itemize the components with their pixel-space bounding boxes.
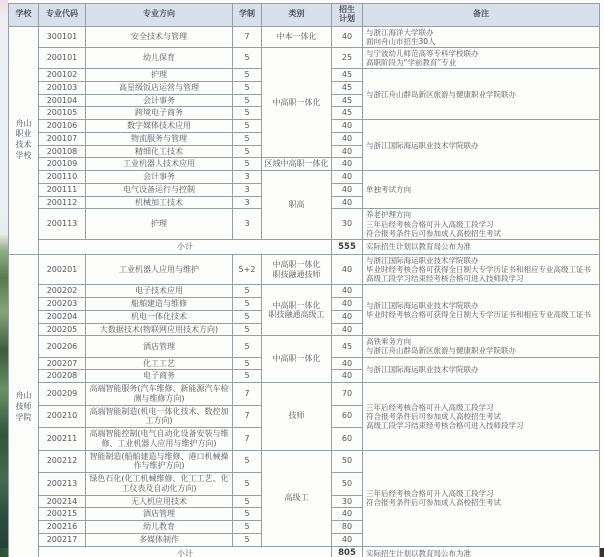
cell-code: 200212 (39, 450, 86, 473)
cell-plan: 40 (332, 120, 363, 133)
col-header-plan: 招生 计划 (332, 4, 363, 27)
cell-major: 会计事务 (86, 171, 233, 184)
col-header-category: 类别 (262, 4, 332, 27)
cell-plan: 40 (332, 310, 363, 323)
cell-years: 5 (233, 370, 262, 383)
cell-plan: 45 (332, 336, 363, 357)
cell-code: 200215 (39, 508, 86, 521)
cell-years: 5 (233, 473, 262, 496)
cell-years: 5 (233, 94, 262, 107)
cell-plan: 60 (332, 405, 363, 428)
school-name-cell: 舟山技师学院 (9, 254, 39, 557)
cell-years: 5 (233, 310, 262, 323)
cell-years: 7 (233, 428, 262, 451)
cell-years: 3 (233, 209, 262, 239)
cell-remark: 高铁乘务方向 与浙江舟山群岛新区旅游与健康职业学院联办 (363, 336, 600, 357)
cell-plan: 45 (332, 94, 363, 107)
cell-years: 5 (233, 357, 262, 370)
cell-plan: 45 (332, 69, 363, 82)
header-row: 学校 专业代码 专业方向 学制 类别 招生 计划 备注 (9, 4, 600, 27)
cell-category: 中高职一体化 (262, 47, 332, 158)
cell-plan: 50 (332, 473, 363, 496)
cell-remark: 与浙江国际海运职业技术学院联办 (363, 357, 600, 383)
cell-code: 200208 (39, 370, 86, 383)
col-header-school: 学校 (9, 4, 39, 27)
cell-remark: 与浙江国际海运职业技术学院联办 毕业时经考核合格可获得全日制大专学历证书和相应专… (363, 285, 600, 336)
cell-years: 5 (233, 81, 262, 94)
cell-code: 200101 (39, 47, 86, 68)
page: 学校 专业代码 专业方向 学制 类别 招生 计划 备注 舟山职业技术学校3001… (0, 0, 604, 557)
cell-code: 200202 (39, 285, 86, 298)
cell-major: 跨境电子商务 (86, 107, 233, 120)
cell-major: 绿色石化(化工机械维修、化工工艺、化工仪表及自动化方向) (86, 473, 233, 496)
cell-remark: 与浙江国际海运职业技术学院联办 (363, 120, 600, 171)
cell-major: 高端智能服务(汽车维修、新能源汽车检测与维修方向) (86, 383, 233, 406)
cell-code: 200110 (39, 171, 86, 184)
table-row: 200209高端智能服务(汽车维修、新能源汽车检测与维修方向)7技师70三年后经… (9, 383, 600, 406)
cell-years: 5 (233, 158, 262, 171)
cell-years: 7 (233, 383, 262, 406)
cell-major: 酒店管理 (86, 508, 233, 521)
cell-remark: 三年后经考核合格可升入高级工段学习 符合报考条件后可参加成人高校招生考试 高级工… (363, 383, 600, 451)
cell-major: 幼儿保育 (86, 47, 233, 68)
cell-years: 7 (233, 26, 262, 47)
cell-code: 200209 (39, 383, 86, 406)
cell-category: 中高职一体化 职技融通高级工 (262, 285, 332, 336)
cell-plan: 30 (332, 495, 363, 508)
cell-code: 200107 (39, 132, 86, 145)
cell-plan: 40 (332, 357, 363, 370)
cell-category: 中本一体化 (262, 26, 332, 47)
cell-major: 机械加工技术 (86, 196, 233, 209)
table-row: 舟山技师学院200201工业机器人应用与维护5+2中高职一体化 职技融通技师40… (9, 254, 600, 284)
cell-years: 3 (233, 196, 262, 209)
cell-code: 200106 (39, 120, 86, 133)
cell-major: 智能制造(船舶建造与维修、港口机械操作与维护方向) (86, 450, 233, 473)
cell-major: 电气设备运行与控制 (86, 183, 233, 196)
cell-years: 7 (233, 405, 262, 428)
table-row: 200202电子技术应用5中高职一体化 职技融通高级工40与浙江国际海运职业技术… (9, 285, 600, 298)
cell-code: 200217 (39, 533, 86, 546)
table-row: 200206酒店管理5中高职一体化45高铁乘务方向 与浙江舟山群岛新区旅游与健康… (9, 336, 600, 357)
cell-major: 电子技术应用 (86, 285, 233, 298)
cell-remark: 与浙江海洋大学联办 面向舟山市招生30人 (363, 26, 600, 47)
subtotal-note-cell: 实际招生计划以教育局公布为准 (363, 239, 600, 254)
admission-plan-table: 学校 专业代码 专业方向 学制 类别 招生 计划 备注 舟山职业技术学校3001… (8, 3, 600, 557)
subtotal-label-cell: 小计 (39, 546, 332, 557)
table-body: 舟山职业技术学校300101安全技术与管理7中本一体化40与浙江海洋大学联办 面… (9, 26, 600, 557)
cell-major: 幼儿教育 (86, 521, 233, 534)
cell-plan: 45 (332, 81, 363, 94)
cell-major: 护理 (86, 209, 233, 239)
cell-years: 3 (233, 183, 262, 196)
cell-code: 200214 (39, 495, 86, 508)
school-name-cell: 舟山职业技术学校 (9, 26, 39, 254)
cell-remark: 养老护理方向 三年后经考核合格可升入高级工段学习 符合报考条件后可参加成人高校招… (363, 209, 600, 239)
table-row: 200212智能制造(船舶建造与维修、港口机械操作与维护方向)5高级工50三年后… (9, 450, 600, 473)
cell-plan: 40 (332, 370, 363, 383)
cell-code: 200109 (39, 158, 86, 171)
subtotal-label-cell: 小计 (39, 239, 332, 254)
cell-major: 无人机应用技术 (86, 495, 233, 508)
cell-years: 3 (233, 171, 262, 184)
cell-years: 5 (233, 533, 262, 546)
cell-code: 200105 (39, 107, 86, 120)
cell-plan: 40 (332, 196, 363, 209)
cell-major: 护理 (86, 69, 233, 82)
col-header-years: 学制 (233, 4, 262, 27)
subtotal-value-cell: 805 (332, 546, 363, 557)
cell-plan: 40 (332, 533, 363, 546)
cell-code: 200213 (39, 473, 86, 496)
cell-major: 船舶建造与维修 (86, 298, 233, 311)
cell-remark: 与宁波幼儿师范高等专科学校联办 高职阶段为“学前教育”专业 (363, 47, 600, 68)
cell-plan: 40 (332, 26, 363, 47)
cell-major: 高端智能制造(机电一体化技术、数控加工方向) (86, 405, 233, 428)
cell-plan: 40 (332, 298, 363, 311)
cell-plan: 40 (332, 323, 363, 336)
cell-years: 5 (233, 145, 262, 158)
cell-code: 200201 (39, 254, 86, 284)
cell-years: 5 (233, 132, 262, 145)
subtotal-row: 小计555实际招生计划以教育局公布为准 (9, 239, 600, 254)
cell-category: 职高 (262, 171, 332, 240)
cell-years: 5 (233, 508, 262, 521)
cell-category: 区域中高职一体化 (262, 158, 332, 171)
subtotal-value-cell: 555 (332, 239, 363, 254)
cell-remark: 单独考试方向 (363, 171, 600, 209)
cell-code: 200207 (39, 357, 86, 370)
cell-major: 工业机器人应用与维护 (86, 254, 233, 284)
cell-plan: 70 (332, 383, 363, 406)
cell-code: 200111 (39, 183, 86, 196)
cell-major: 数字媒体技术应用 (86, 120, 233, 133)
cell-years: 5 (233, 47, 262, 68)
cell-plan: 40 (332, 285, 363, 298)
cell-remark: 与浙江舟山群岛新区旅游与健康职业学院联办 (363, 69, 600, 120)
cell-major: 工业机器人技术应用 (86, 158, 233, 171)
cell-major: 电子商务 (86, 370, 233, 383)
cell-years: 5 (233, 336, 262, 357)
cell-code: 200205 (39, 323, 86, 336)
cell-years: 5 (233, 450, 262, 473)
cell-major: 酒店管理 (86, 336, 233, 357)
cell-major: 物流服务与管理 (86, 132, 233, 145)
cell-plan: 80 (332, 521, 363, 534)
cell-plan: 45 (332, 107, 363, 120)
table-row: 200101幼儿保育5中高职一体化25与宁波幼儿师范高等专科学校联办 高职阶段为… (9, 47, 600, 68)
cell-plan: 60 (332, 428, 363, 451)
cell-plan: 30 (332, 209, 363, 239)
cell-code: 200112 (39, 196, 86, 209)
cell-plan: 40 (332, 158, 363, 171)
subtotal-row: 小计805实际招生计划以教育局公布为准 (9, 546, 600, 557)
cell-major: 高星级饭店运营与管理 (86, 81, 233, 94)
cell-code: 200104 (39, 94, 86, 107)
cell-years: 5+2 (233, 254, 262, 284)
cell-code: 200113 (39, 209, 86, 239)
col-header-remark: 备注 (363, 4, 600, 27)
cell-code: 200203 (39, 298, 86, 311)
cell-major: 安全技术与管理 (86, 26, 233, 47)
cell-code: 200216 (39, 521, 86, 534)
cell-plan: 40 (332, 132, 363, 145)
cell-code: 200102 (39, 69, 86, 82)
cell-major: 化工工艺 (86, 357, 233, 370)
cell-plan: 25 (332, 47, 363, 68)
cell-code: 200206 (39, 336, 86, 357)
cell-plan: 40 (332, 183, 363, 196)
cell-years: 5 (233, 69, 262, 82)
cell-years: 5 (233, 521, 262, 534)
cell-major: 高端智能控制(电气自动化设备安装与维修、工业机器人应用与维护方向) (86, 428, 233, 451)
cell-major: 多媒体制作 (86, 533, 233, 546)
cell-code: 200211 (39, 428, 86, 451)
cell-years: 5 (233, 285, 262, 298)
table-row: 舟山职业技术学校300101安全技术与管理7中本一体化40与浙江海洋大学联办 面… (9, 26, 600, 47)
cell-major: 大数据技术(物联网应用技术方向) (86, 323, 233, 336)
cell-code: 200210 (39, 405, 86, 428)
cell-category: 高级工 (262, 450, 332, 546)
cell-major: 机电一体化技术 (86, 310, 233, 323)
cell-plan: 40 (332, 254, 363, 284)
cell-code: 200103 (39, 81, 86, 94)
cell-category: 中高职一体化 (262, 336, 332, 383)
cell-code: 200108 (39, 145, 86, 158)
cell-major: 会计事务 (86, 94, 233, 107)
cell-years: 5 (233, 298, 262, 311)
background-photo-left-strip (0, 0, 8, 557)
cell-years: 5 (233, 107, 262, 120)
cell-remark: 三年后经考核合格可升入高级工段学习 符合报考条件后可参加成人高校招生考试 (363, 450, 600, 546)
subtotal-note-cell: 实际招生计划以教育局公布为准 (363, 546, 600, 557)
cell-plan: 40 (332, 145, 363, 158)
cell-years: 5 (233, 323, 262, 336)
cell-years: 5 (233, 495, 262, 508)
cell-code: 200204 (39, 310, 86, 323)
col-header-code: 专业代码 (39, 4, 86, 27)
cell-category: 技师 (262, 383, 332, 451)
cell-plan: 40 (332, 171, 363, 184)
table-row: 200110会计事务3职高40单独考试方向 (9, 171, 600, 184)
cell-plan: 40 (332, 508, 363, 521)
cell-years: 5 (233, 120, 262, 133)
cell-category: 中高职一体化 职技融通技师 (262, 254, 332, 284)
cell-major: 精细化工技术 (86, 145, 233, 158)
col-header-major: 专业方向 (86, 4, 233, 27)
cell-remark: 与浙江国际海运职业技术学院联办 毕业时经考核合格可获得全日制大专学历证书和相应专… (363, 254, 600, 284)
cell-code: 300101 (39, 26, 86, 47)
cell-plan: 50 (332, 450, 363, 473)
